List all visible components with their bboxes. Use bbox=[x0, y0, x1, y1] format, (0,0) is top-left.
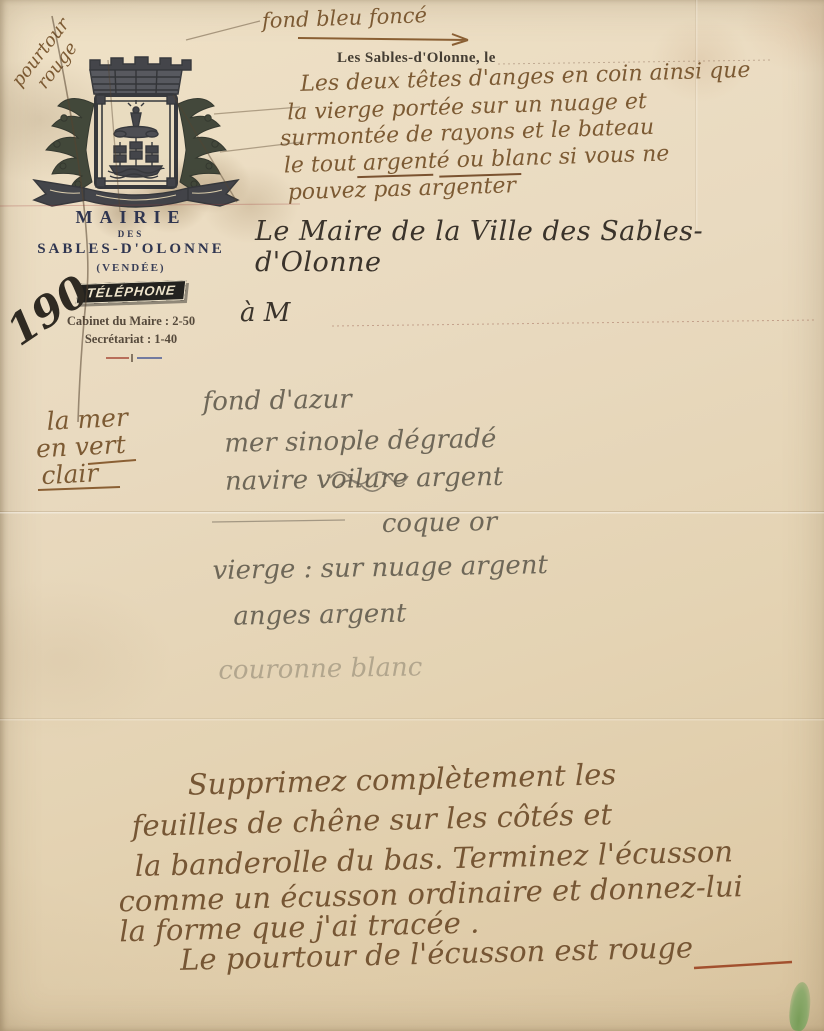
letterhead-mairie: MAIRIE bbox=[30, 207, 232, 228]
mural-crown-icon bbox=[90, 57, 191, 94]
note-fond-bleu: fond bleu foncé bbox=[262, 3, 428, 33]
note-bottom-paragraph: Supprimez complètement les feuilles de c… bbox=[107, 747, 812, 994]
pencil-line-couronne: couronne blanc bbox=[218, 652, 422, 686]
fold-crease-horizontal-2 bbox=[0, 718, 824, 722]
crest bbox=[30, 54, 242, 212]
note-pencil-list: fond d'azur mer sinople dégradé navire v… bbox=[197, 376, 682, 694]
oak-branch-right-icon bbox=[178, 98, 226, 194]
left-margin-line2: en vert bbox=[35, 431, 130, 463]
top-paragraph-line5: pouvez pas argenter bbox=[287, 173, 516, 205]
crest-coat-of-arms-icon bbox=[30, 54, 242, 212]
pencil-line-anges: anges argent bbox=[233, 599, 407, 632]
pencil-line-fond: fond d'azur bbox=[202, 385, 352, 418]
fold-crease-horizontal-1 bbox=[0, 511, 824, 515]
pencil-line-vierge: vierge : sur nuage argent bbox=[212, 550, 548, 586]
letterhead-city: SABLES-D'OLONNE bbox=[30, 241, 232, 258]
phone-secretariat: Secrétariat : 1-40 bbox=[30, 332, 232, 347]
salutation: à M bbox=[240, 298, 290, 328]
underline-arrow-fond-bleu bbox=[298, 34, 468, 45]
oak-branch-left-icon bbox=[46, 98, 94, 194]
guide-line-to-fond-bleu bbox=[186, 21, 260, 40]
bottom-paragraph-line1: Supprimez complètement les bbox=[187, 757, 616, 801]
letter-title-script: Le Maire de la Ville des Sables-d'Olonne bbox=[255, 216, 824, 278]
bottom-paragraph-line2: feuilles de chêne sur les côtés et bbox=[131, 797, 612, 843]
fold-crease-vertical bbox=[695, 0, 698, 230]
note-top-paragraph: Les deux têtes d'anges en coin ainsi que… bbox=[278, 49, 824, 216]
left-margin-line3: clair bbox=[41, 458, 132, 490]
pencil-line-navire: navire voilure argent bbox=[225, 462, 504, 497]
letter-page: MAIRIE DES SABLES-D'OLONNE (VENDÉE) TÉLÉ… bbox=[0, 0, 824, 1031]
pencil-line-mer: mer sinople dégradé bbox=[224, 424, 497, 459]
letterhead-des: DES bbox=[30, 229, 232, 239]
top-paragraph-line1: Les deux têtes d'anges en coin ainsi que bbox=[300, 58, 751, 97]
note-left-margin: la mer en vert clair bbox=[34, 404, 131, 490]
letterhead-ornament bbox=[106, 354, 162, 362]
green-paint-smudge bbox=[787, 981, 812, 1031]
dotted-rule-salutation bbox=[332, 320, 816, 326]
